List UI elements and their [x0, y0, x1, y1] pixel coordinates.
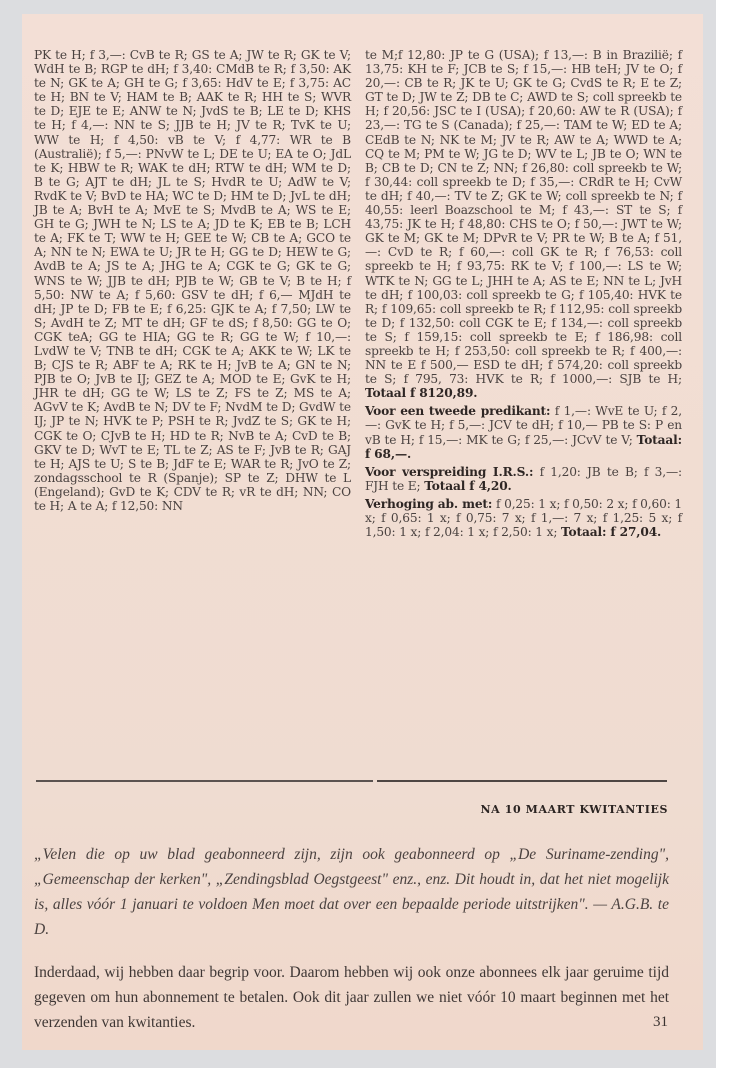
irs-distribution-section: Voor verspreiding I.R.S.: f 1,20: JB te …: [365, 465, 682, 493]
page-number: 31: [653, 1014, 668, 1031]
right-column: te M;f 12,80: JP te G (USA); f 13,—: B i…: [365, 48, 682, 539]
subscription-increase-section: Verhoging ab. met: f 0,25: 1 x; f 0,50: …: [365, 497, 682, 539]
irs-total: Totaal f 4,20.: [424, 479, 511, 493]
contributions-total: Totaal f 8120,89.: [365, 386, 477, 400]
article-body: Inderdaad, wij hebben daar begrip voor. …: [34, 960, 669, 1035]
reader-quote: „Velen die op uw blad geabonneerd zijn, …: [34, 842, 669, 942]
document-page: PK te H; f 3,—: CvB te R; GS te A; JW te…: [22, 14, 703, 1050]
contributions-list-right: te M;f 12,80: JP te G (USA); f 13,—: B i…: [365, 48, 682, 400]
subscription-increase-label: Verhoging ab. met:: [365, 497, 492, 511]
subscription-increase-total: Totaal: f 27,04.: [561, 525, 661, 539]
second-pastor-section: Voor een tweede predikant: f 1,—: WvE te…: [365, 404, 682, 460]
contributions-columns: PK te H; f 3,—: CvB te R; GS te A; JW te…: [34, 48, 682, 539]
second-pastor-label: Voor een tweede predikant:: [365, 404, 550, 418]
section-divider-left: [36, 780, 373, 782]
contributions-list-left: PK te H; f 3,—: CvB te R; GS te A; JW te…: [34, 48, 351, 513]
left-column: PK te H; f 3,—: CvB te R; GS te A; JW te…: [34, 48, 351, 539]
contributions-text: te M;f 12,80: JP te G (USA); f 13,—: B i…: [365, 48, 682, 386]
irs-label-prefix: Voor verspreiding: [365, 465, 493, 479]
article-heading: NA 10 MAART KWITANTIES: [481, 803, 668, 816]
section-divider-right: [377, 780, 667, 782]
irs-label-abbrev: I.R.S.: [493, 465, 529, 479]
irs-label-suffix: :: [529, 465, 533, 479]
